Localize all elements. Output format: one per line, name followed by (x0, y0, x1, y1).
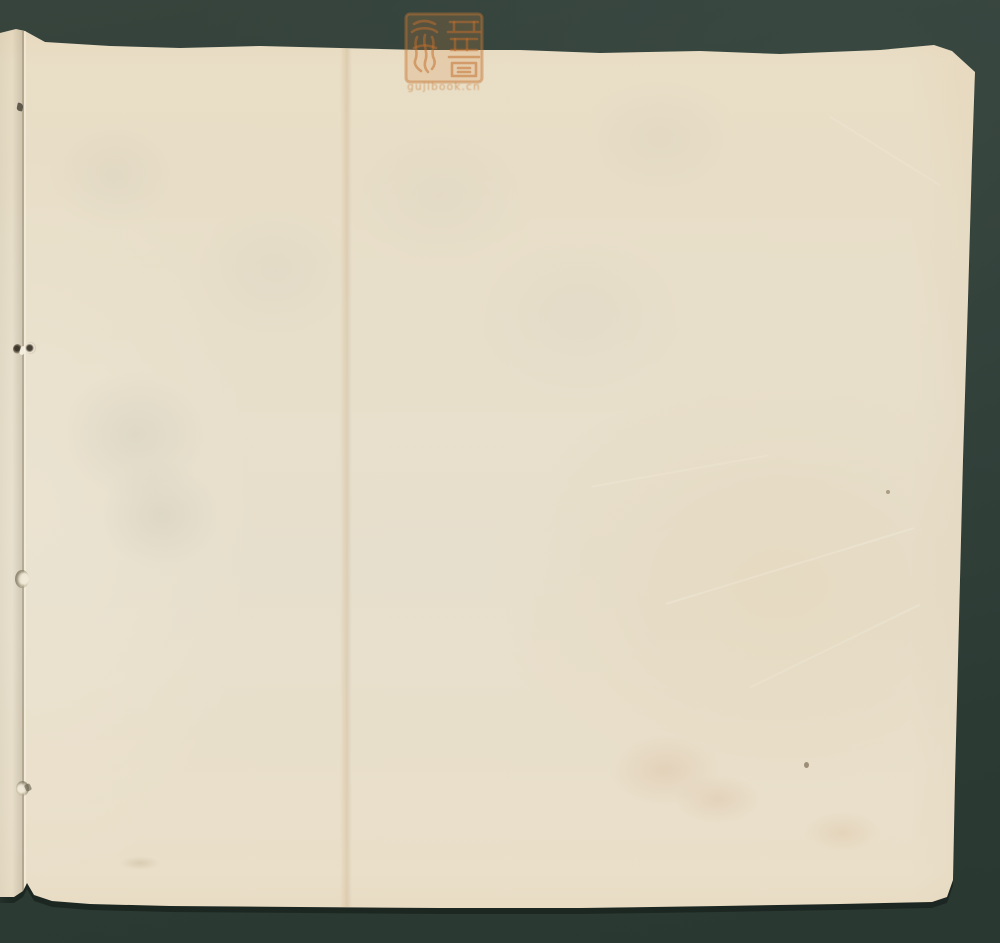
stain (675, 775, 760, 823)
show-through-patch (580, 80, 740, 200)
show-through-patch (470, 230, 690, 400)
stitch-hole (25, 342, 36, 354)
speck (804, 762, 809, 768)
watermark-url-text: gujibook.cn (394, 80, 494, 95)
book-scan: gujibook.cn (0, 0, 1000, 943)
show-through-patch (340, 120, 540, 270)
show-through-patch (190, 200, 360, 340)
fiber-streak (749, 603, 921, 688)
show-through-patch (50, 120, 180, 230)
stitch-hole (15, 570, 29, 588)
fiber-streak (829, 116, 940, 187)
fiber-streak (591, 454, 769, 487)
show-through-patch (100, 460, 220, 570)
stain (805, 812, 880, 854)
stain (120, 856, 160, 870)
fiber-streak (665, 527, 914, 605)
speck (886, 490, 890, 494)
binding-edge-strip (0, 29, 22, 897)
binding-fold-highlight (24, 31, 26, 893)
watermark-seal-stamp-icon (404, 12, 484, 84)
blank-book-page (0, 0, 1000, 943)
